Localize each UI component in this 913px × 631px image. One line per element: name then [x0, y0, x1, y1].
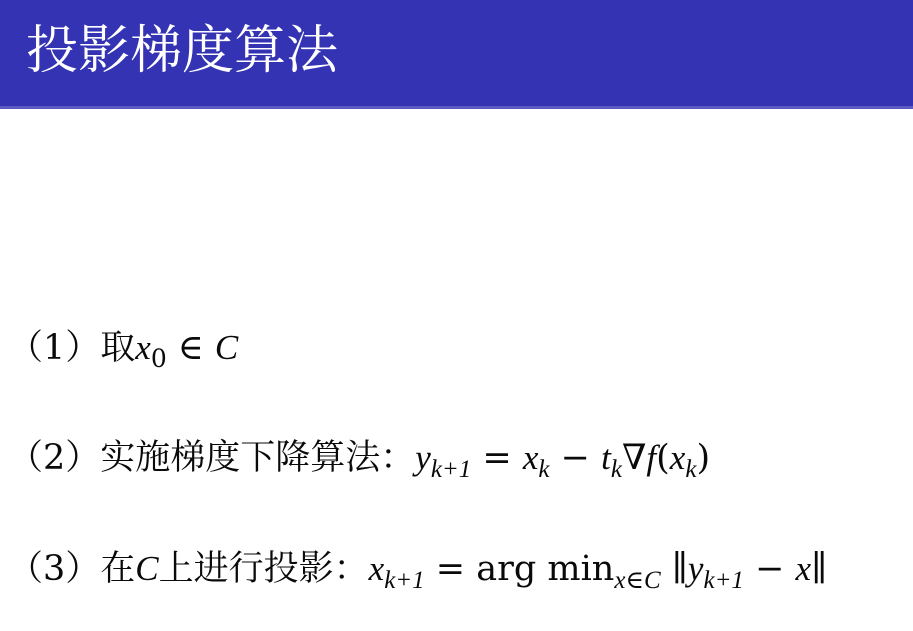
text-run: （3）在 [8, 549, 135, 589]
text-run: C [644, 567, 661, 594]
text-run: ∈ [625, 565, 644, 594]
text-run: x [523, 438, 539, 477]
text-run: x [369, 549, 385, 588]
text-run: x [614, 567, 625, 594]
text-run: x [670, 438, 686, 477]
text-run: k+1 [703, 567, 743, 594]
slide: 投影梯度算法 （1）取x0 ∈ C（2）实施梯度下降算法：yk+1 = xk −… [0, 0, 913, 631]
text-run: ∈ [167, 328, 215, 368]
text-run: − [744, 549, 796, 589]
text-run: ∥ [661, 549, 688, 589]
item-line-1: （1）取x0 ∈ C [8, 326, 238, 374]
text-run: ∇ [622, 438, 646, 478]
item-line-2: （2）实施梯度下降算法：yk+1 = xk − tk∇f(xk) [8, 436, 710, 485]
text-run: f [646, 438, 656, 477]
text-run: x [796, 549, 812, 588]
text-run: C [215, 328, 238, 367]
text-run: 上进行投影： [159, 549, 369, 589]
text-run: k [611, 456, 622, 483]
text-run: k [685, 456, 696, 483]
text-run: y [415, 438, 431, 477]
text-run: y [688, 549, 704, 588]
text-run: ( [656, 438, 670, 478]
text-run: C [135, 549, 158, 588]
text-run: （2）实施梯度下降算法： [8, 438, 415, 478]
text-run: = [471, 438, 523, 478]
text-run: k+1 [384, 567, 424, 594]
text-run: k [538, 456, 549, 483]
text-run: − [550, 438, 602, 478]
text-run: ∥ [811, 549, 827, 589]
text-run: 0 [151, 344, 167, 373]
slide-body: （1）取x0 ∈ C（2）实施梯度下降算法：yk+1 = xk − tk∇f(x… [0, 0, 913, 631]
text-run: k+1 [431, 456, 471, 483]
text-run: = arg min [425, 549, 615, 589]
text-run: t [601, 438, 611, 477]
text-run: （1）取 [8, 328, 135, 368]
text-run: ) [696, 438, 710, 478]
text-run: x [135, 328, 151, 367]
item-line-3: （3）在C上进行投影：xk+1 = arg minx∈C ∥yk+1 − x∥ [8, 547, 827, 596]
